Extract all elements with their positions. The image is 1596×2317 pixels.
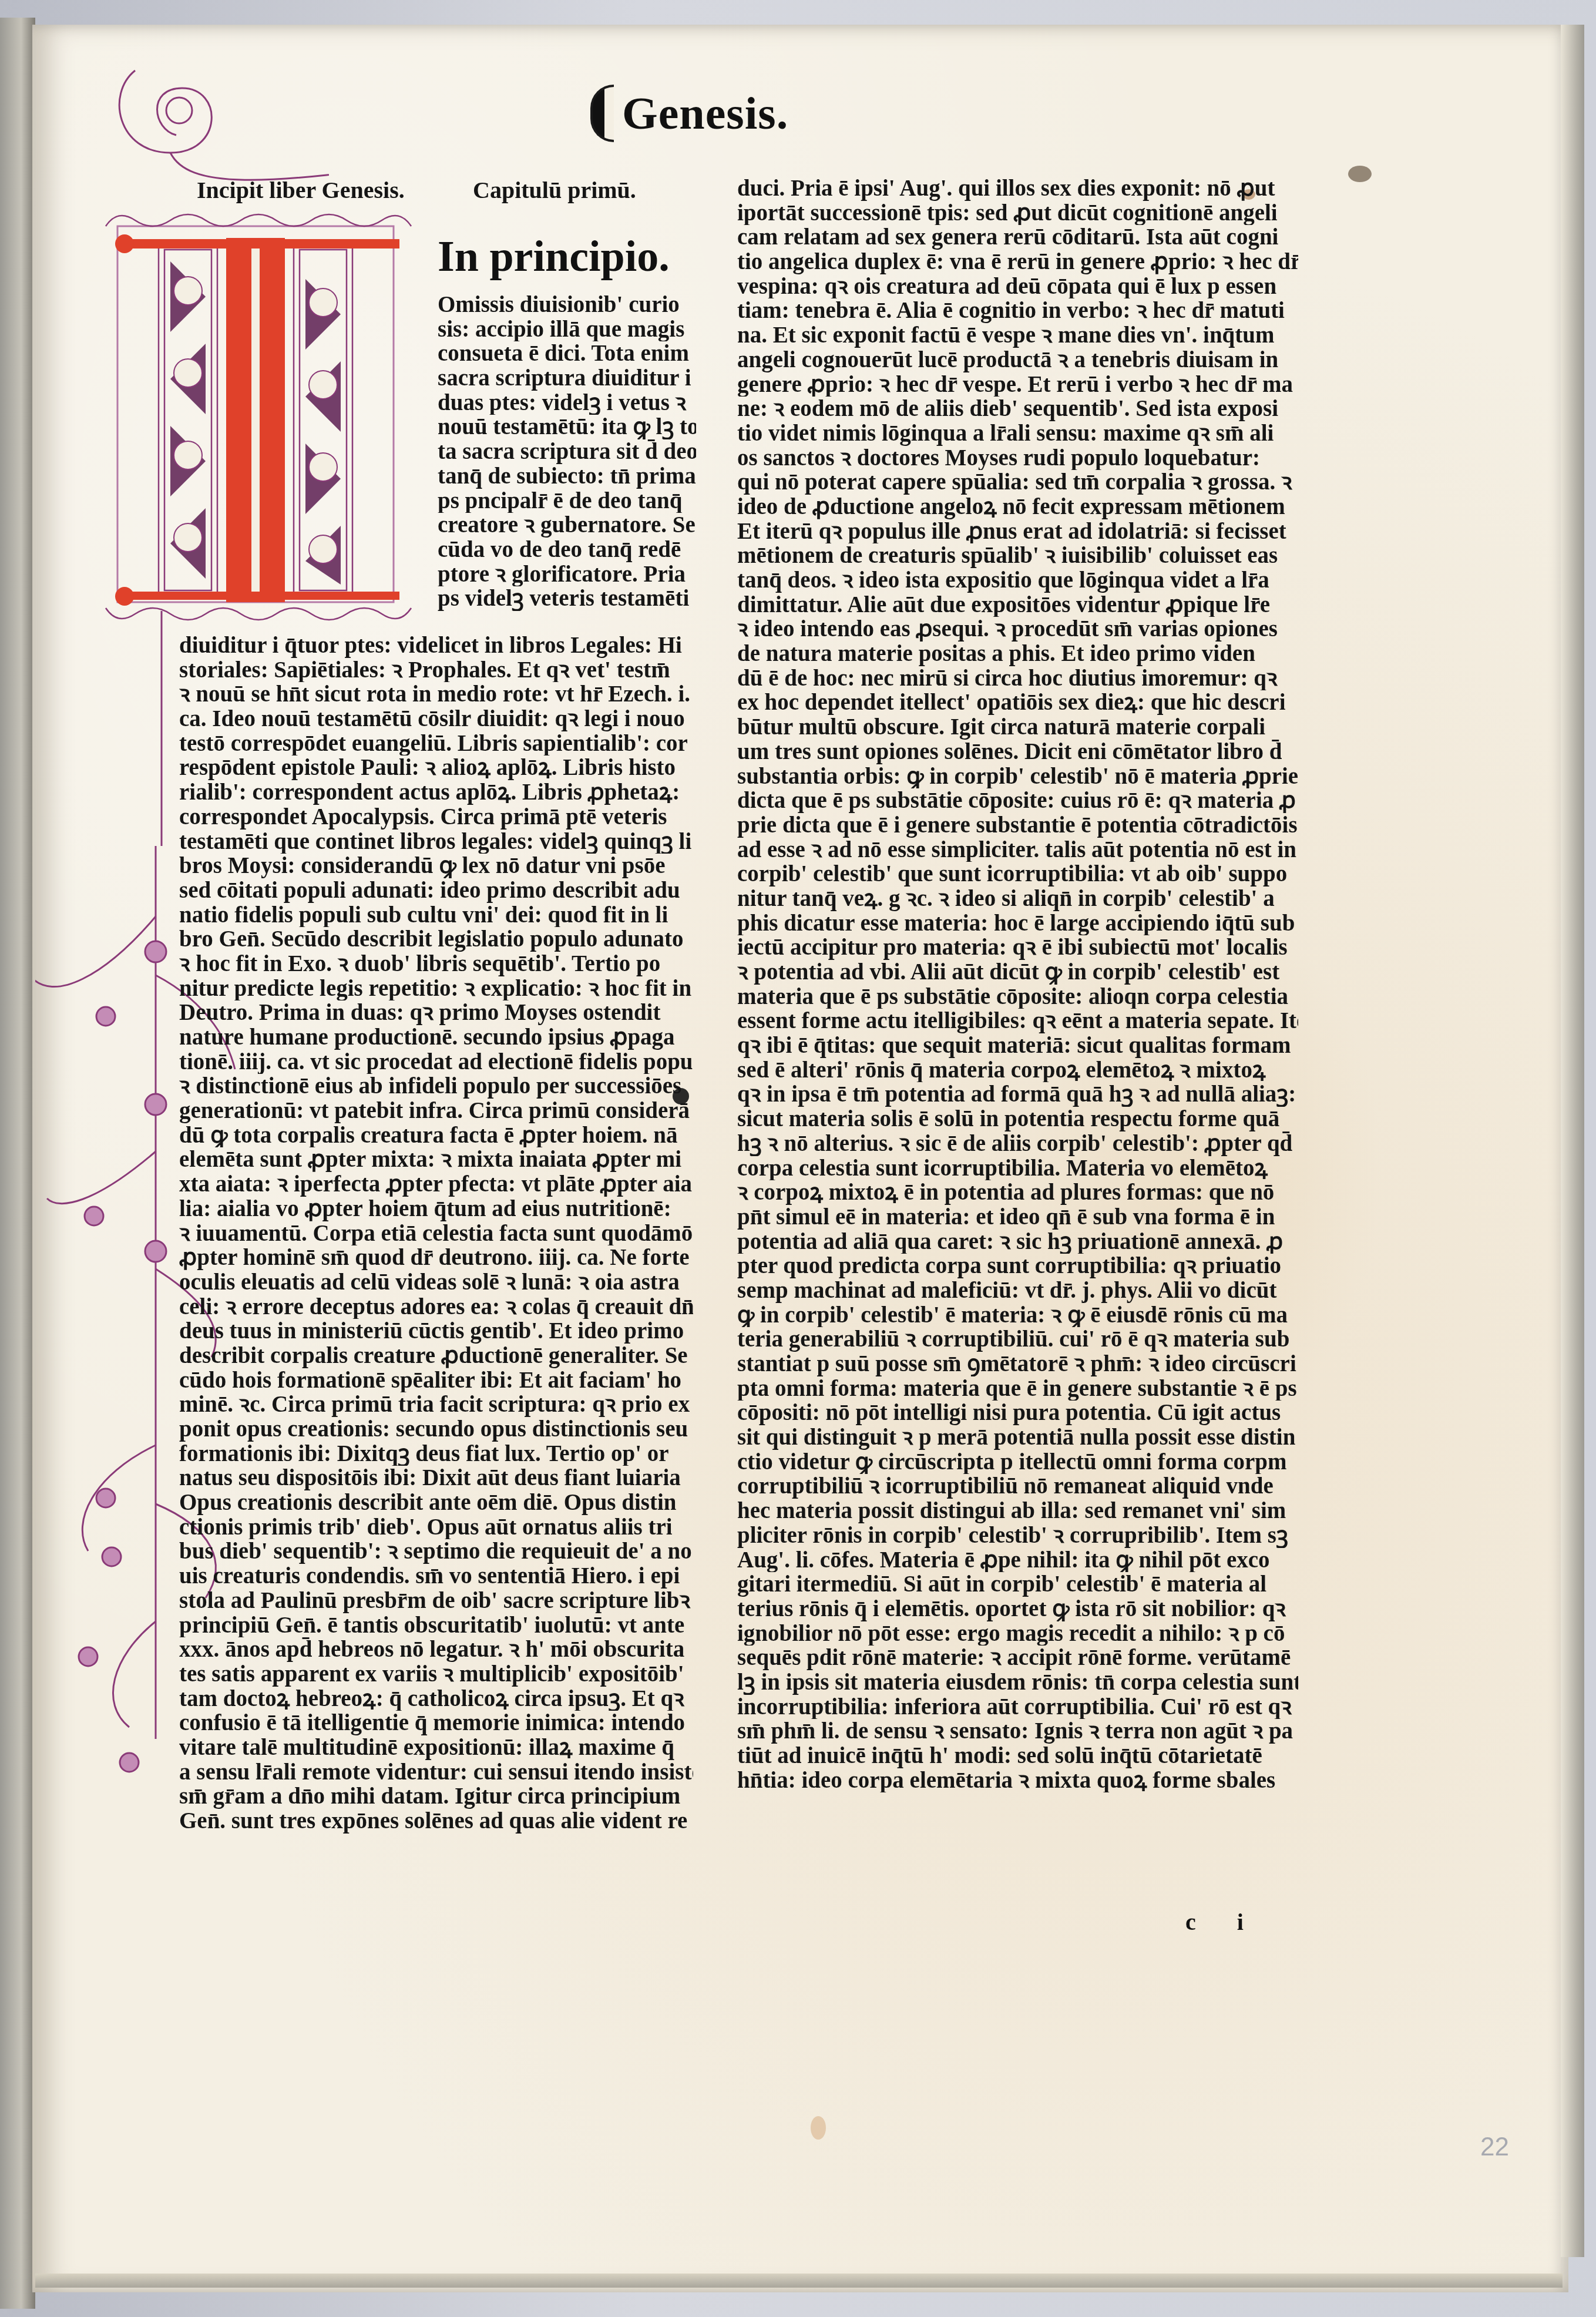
text-line: ps videlꝫ veteris testamēti	[438, 586, 696, 611]
text-line: hꝫ ꝛ nō alterius. ꝛ sic ē de aliis corpi…	[737, 1131, 1298, 1156]
text-line: cūda vo de deo tanq̄ redē	[438, 538, 696, 562]
text-line: respōdent epistole Pauli: ꝛ alioꝝ aplōꝝ.…	[179, 755, 693, 780]
pencil-folio-number: 22	[1480, 2133, 1509, 2162]
text-line: ideo de ꝓductione angeloꝝ nō fecit expre…	[737, 495, 1298, 519]
text-line: ꝛ potentia ad vbi. Alii aūt dicūt ꝙ in c…	[737, 960, 1298, 985]
text-line: consueta ē dici. Tota enim	[438, 341, 696, 366]
text-line: qꝛ in ipsa ē tm̄ potentia ad formā quā h…	[737, 1082, 1298, 1107]
text-line: qui nō poterat capere spūalia: sed tm̄ c…	[737, 470, 1298, 495]
text-line: sacra scriptura diuiditur i	[438, 366, 696, 391]
text-line: ponit opus creationis: secundo opus dist…	[179, 1417, 693, 1442]
text-line: confusio ē tā itelligentie q̄ memorie in…	[179, 1711, 693, 1735]
text-line: pn̄t simul eē in materia: et ideo qn̄ ē …	[737, 1205, 1298, 1230]
text-line: lꝫ in ipsis sit materia eiusdem rōnis: t…	[737, 1670, 1298, 1695]
text-line: ta sacra scriptura sit d̄ deo	[438, 439, 696, 464]
text-line: tam doctoꝝ hebreoꝝ: q̄ catholicoꝝ circa …	[179, 1687, 693, 1711]
text-line: semp machinat ad maleficiū: vt dr̄. j. p…	[737, 1278, 1298, 1303]
text-line: materia que ē ps substātie cōposite: ali…	[737, 985, 1298, 1009]
text-line: dū ē de hoc: nec mirū si circa hoc diuti…	[737, 666, 1298, 691]
text-line: tionē. iiij. ca. vt sic procedat ad elec…	[179, 1050, 693, 1074]
text-line: Aug'. li. cōfes. Materia ē ꝓpe nihil: it…	[737, 1548, 1298, 1573]
page-fore-edge	[1561, 25, 1584, 2257]
text-line: essent forme actu itelligibiles: qꝛ eēnt…	[737, 1009, 1298, 1033]
chapter-heading: Capitulū primū.	[473, 176, 636, 204]
text-line: Deutro. Prima in duas: qꝛ primo Moyses o…	[179, 1000, 693, 1025]
text-line: hn̄tia: ideo corpa elemētaria ꝛ mixta qu…	[737, 1768, 1298, 1793]
text-line: bro Gen̄. Secūdo describit legislatio po…	[179, 927, 693, 952]
text-line: dimittatur. Alie aūt due expositōes vide…	[737, 593, 1298, 617]
text-line: tio videt nimis lōginqua a lr̄ali sensu:…	[737, 421, 1298, 446]
text-line: creatore ꝛ gubernatore. Se	[438, 513, 696, 538]
text-line: bus dieb' sequentib': ꝛ septimo die requ…	[179, 1539, 693, 1564]
text-line: substantia orbis: ꝙ in corpib' celestib'…	[737, 764, 1298, 789]
text-line: cam relatam ad sex genera rerū cōditarū.…	[737, 225, 1298, 250]
text-line: lia: aialia vo ꝓpter hoiem q̄tum ad eius…	[179, 1197, 693, 1221]
text-line: teria generabiliū ꝛ corruptibiliū. cui' …	[737, 1327, 1298, 1352]
text-line: diuiditur i q̄tuor ptes: videlicet in li…	[179, 633, 693, 658]
text-line: ex hoc dependet itellect' opatiōis sex d…	[737, 690, 1298, 715]
text-line: de natura materie positas a phis. Et ide…	[737, 642, 1298, 666]
text-line: testamēti que continet libros legales: v…	[179, 830, 693, 854]
text-line: na. Et sic exponit factū ē vespe ꝛ mane …	[737, 323, 1298, 348]
text-line: ꝛ ideo intendo eas ꝓsequi. ꝛ procedūt sm…	[737, 617, 1298, 642]
text-line: ꝛ nouū se hn̄t sicut rota in medio rote:…	[179, 682, 693, 707]
decorated-initial-i-icon	[94, 203, 423, 626]
opening-words: In principio.	[438, 232, 670, 282]
text-line: ptore ꝛ glorificatore. Pria	[438, 562, 696, 587]
incipit-line: Incipit liber Genesis.	[197, 176, 405, 204]
text-line: dū ꝙ tota corpalis creatura facta ē ꝓpte…	[179, 1123, 693, 1148]
text-line: ca. Ideo nouū testamētū cōsilr diuidit: …	[179, 707, 693, 731]
text-line: ctionis primis trib' dieb'. Opus aūt orn…	[179, 1515, 693, 1540]
text-line: principiū Gen̄. ē tantis obscuritatib' i…	[179, 1613, 693, 1638]
text-line: qꝛ ibi ē q̄titas: que sequit materiā: si…	[737, 1033, 1298, 1058]
text-line: potentia ad aliā qua caret: ꝛ sic hꝫ pri…	[737, 1230, 1298, 1254]
text-line: cūdo hois formationē spēaliter ibi: Et a…	[179, 1368, 693, 1393]
text-line: tanq̄ de subiecto: tn̄ prima	[438, 464, 696, 489]
text-line: iportāt successionē tpis: sed ꝓut dicūt …	[737, 201, 1298, 226]
text-line: Omissis diuisionib' curio	[438, 293, 696, 317]
text-line: rialib': correspondent actus aplōꝝ. Libr…	[179, 780, 693, 805]
text-line: nature humane productionē. secundo ipsiu…	[179, 1025, 693, 1050]
text-line: minē. ꝛc. Circa primū tria facit scriptu…	[179, 1392, 693, 1417]
text-line: incorruptibilia: inferiora aūt corruptib…	[737, 1695, 1298, 1720]
text-line: ne: ꝛ eodem mō de aliis dieb' sequentib'…	[737, 397, 1298, 421]
text-line: ps pncipalr̄ ē de deo tanq̄	[438, 489, 696, 513]
left-column-opening-text: Omissis diuisionib' curio sis: accipio i…	[438, 293, 696, 611]
text-line: cōpositi: nō pōt intelligi nisi pura pot…	[737, 1401, 1298, 1425]
text-line: sit qui distinguit ꝛ p merā potentiā nul…	[737, 1425, 1298, 1450]
text-line: nitur predicte legis repetitio: ꝛ explic…	[179, 976, 693, 1001]
text-line: sequēs pdit rōnē materie: ꝛ accipit rōnē…	[737, 1646, 1298, 1670]
text-line: ꝓpter hominē sm̄ quod dr̄ deutrono. iiij…	[179, 1245, 693, 1270]
text-line: vespina: qꝛ ois creatura ad deū cōpata q…	[737, 274, 1298, 299]
text-line: Et iterū qꝛ populus ille ꝓnus erat ad id…	[737, 519, 1298, 544]
text-line: ignobilior nō pōt esse: ergo magis reced…	[737, 1621, 1298, 1646]
text-line: deus tuus in ministeriū cūctis gentib'. …	[179, 1319, 693, 1344]
text-line: testō correspōdet euangeliū. Libris sapi…	[179, 731, 693, 756]
text-line: angeli cognouerūt lucē productā ꝛ a tene…	[737, 348, 1298, 372]
text-line: gitari itermediū. Si aūt in corpib' cele…	[737, 1572, 1298, 1597]
running-head-title: Genesis.	[622, 87, 788, 140]
text-line: stola ad Paulinū presbr̄m de oib' sacre …	[179, 1589, 693, 1613]
text-line: nouū testamētū: ita ꝙ lꝫ to	[438, 415, 696, 439]
text-line: nitur tanq̄ veꝝ. g ꝛc. ꝛ ideo si aliqn̄ …	[737, 886, 1298, 911]
text-line: xxx. ānos apd̄ hebreos nō legatur. ꝛ h' …	[179, 1637, 693, 1662]
text-line: dicta que ē ps substātie cōposite: cuius…	[737, 788, 1298, 813]
text-line: ctio videtur ꝙ circūscripta p itellectū …	[737, 1450, 1298, 1475]
text-line: tiūt ad inuicē inq̄tū h' modi: sed solū …	[737, 1744, 1298, 1768]
running-head: Genesis.	[590, 79, 788, 147]
text-line: um tres sunt opiones solēnes. Dicit eni …	[737, 740, 1298, 764]
text-line: sicut materia solis ē solū in potentia r…	[737, 1107, 1298, 1131]
text-line: ꝛ iuuamentū. Corpa etiā celestia facta s…	[179, 1221, 693, 1246]
text-line: sm̄ phm̄ li. de sensu ꝛ sensato: Ignis ꝛ…	[737, 1719, 1298, 1744]
text-line: generationū: vt patebit infra. Circa pri…	[179, 1099, 693, 1123]
text-line: pter quod predicta corpa sunt corruptibi…	[737, 1254, 1298, 1278]
text-line: corpa celestia sunt icorruptibilia. Mate…	[737, 1156, 1298, 1181]
text-line: natus seu dispositōis ibi: Dixit aūt deu…	[179, 1466, 693, 1490]
text-line: būtur multū obscure. Igit circa naturā m…	[737, 715, 1298, 740]
text-line: corpib' celestib' que sunt icorruptibili…	[737, 862, 1298, 886]
text-line: ad esse ꝛ ad nō esse simpliciter. talis …	[737, 838, 1298, 862]
page-bottom-edge	[35, 2274, 1563, 2288]
text-line: ꝛ corpoꝝ mixtoꝝ ē in potentia ad plures …	[737, 1180, 1298, 1205]
text-line: a sensu lr̄ali remote videntur: cui sens…	[179, 1760, 693, 1785]
text-line: xta aiata: ꝛ iperfecta ꝓpter pfecta: vt …	[179, 1172, 693, 1197]
text-line: correspondet Apocalypsis. Circa primā pt…	[179, 805, 693, 830]
text-line: Gen̄. sunt tres expōnes solēnes ad quas …	[179, 1809, 693, 1834]
left-column-text: diuiditur i q̄tuor ptes: videlicet in li…	[179, 633, 693, 1834]
right-column-text: duci. Pria ē ipsi' Aug'. qui illos sex d…	[737, 176, 1298, 1792]
text-line: mētionem de creaturis spūalib' ꝛ iuisibi…	[737, 543, 1298, 568]
text-line: duas ptes: videlꝫ i vetus ꝛ	[438, 391, 696, 415]
text-line: os sanctos ꝛ doctores Moyses rudi populo…	[737, 446, 1298, 471]
text-line: phis dicatur esse materia: hoc ē large a…	[737, 911, 1298, 936]
text-line: sed ē alteri' rōnis q̄ materia corpoꝝ el…	[737, 1058, 1298, 1083]
text-line: oculis eleuatis ad celū videas solē ꝛ lu…	[179, 1270, 693, 1295]
text-line: ꝛ distinctionē eius ab infideli populo p…	[179, 1074, 693, 1099]
text-line: iectū accipitur pro materia: qꝛ ē ibi su…	[737, 935, 1298, 960]
text-line: genere ꝓprio: ꝛ hec dr̄ vespe. Et rerū i…	[737, 372, 1298, 397]
text-line: ꝛ hoc fit in Exo. ꝛ duob' libris sequēti…	[179, 952, 693, 976]
text-line: duci. Pria ē ipsi' Aug'. qui illos sex d…	[737, 176, 1298, 201]
text-line: hec materia possit distingui ab illa: se…	[737, 1499, 1298, 1523]
text-line: vitare talē multitudinē expositionū: ill…	[179, 1735, 693, 1760]
text-line: formationis ibi: Dixitqꝫ deus fiat lux. …	[179, 1442, 693, 1466]
text-line: stantiat p suū posse sm̄ ꝯmētatorē ꝛ phm…	[737, 1352, 1298, 1376]
text-line: pta omni forma: materia que ē in genere …	[737, 1376, 1298, 1401]
text-line: pliciter rōnis in corpib' celestib' ꝛ co…	[737, 1523, 1298, 1548]
text-line: celi: ꝛ errore deceptus adores ea: ꝛ col…	[179, 1295, 693, 1319]
text-line: tanq̄ deos. ꝛ ideo ista expositio que lō…	[737, 568, 1298, 593]
text-line: bros Moysi: considerandū ꝙ lex nō datur …	[179, 854, 693, 878]
paraph-mark-icon	[590, 85, 614, 142]
text-line: sm̄ gr̄am a dn̄o mihi datam. Igitur circ…	[179, 1784, 693, 1809]
text-line: tiam: tenebra ē. Alia ē cognitio in verb…	[737, 298, 1298, 323]
text-line: elemēta sunt ꝓpter mixta: ꝛ mixta inaiat…	[179, 1147, 693, 1172]
text-line: uis creaturis condendis. sm̄ vo sententi…	[179, 1564, 693, 1589]
text-line: sis: accipio illā que magis	[438, 317, 696, 342]
text-line: describit corpalis creature ꝓductionē ge…	[179, 1344, 693, 1368]
text-line: tio angelica duplex ē: vna ē rerū in gen…	[737, 250, 1298, 274]
text-line: Opus creationis describit ante oēm diē. …	[179, 1490, 693, 1515]
text-line: terius rōnis q̄ i elemētis. oportet ꝙ is…	[737, 1597, 1298, 1621]
text-line: natio fidelis populi sub cultu vni' dei:…	[179, 903, 693, 928]
text-line: prie dicta que ē i genere substantie ē p…	[737, 813, 1298, 838]
signature-mark: c i	[1185, 1908, 1261, 1936]
text-line: corruptibiliū ꝛ icorruptibiliū nō remane…	[737, 1474, 1298, 1499]
text-line: storiales: Sapiētiales: ꝛ Prophales. Et …	[179, 658, 693, 683]
text-line: sed cōitati populi adunati: ideo primo d…	[179, 878, 693, 903]
text-line: tes satis apparent ex variis ꝛ multiplic…	[179, 1662, 693, 1687]
text-line: ꝙ in corpib' celestib' ē materia: ꝛ ꝙ ē …	[737, 1303, 1298, 1328]
book-binding	[0, 18, 35, 2309]
